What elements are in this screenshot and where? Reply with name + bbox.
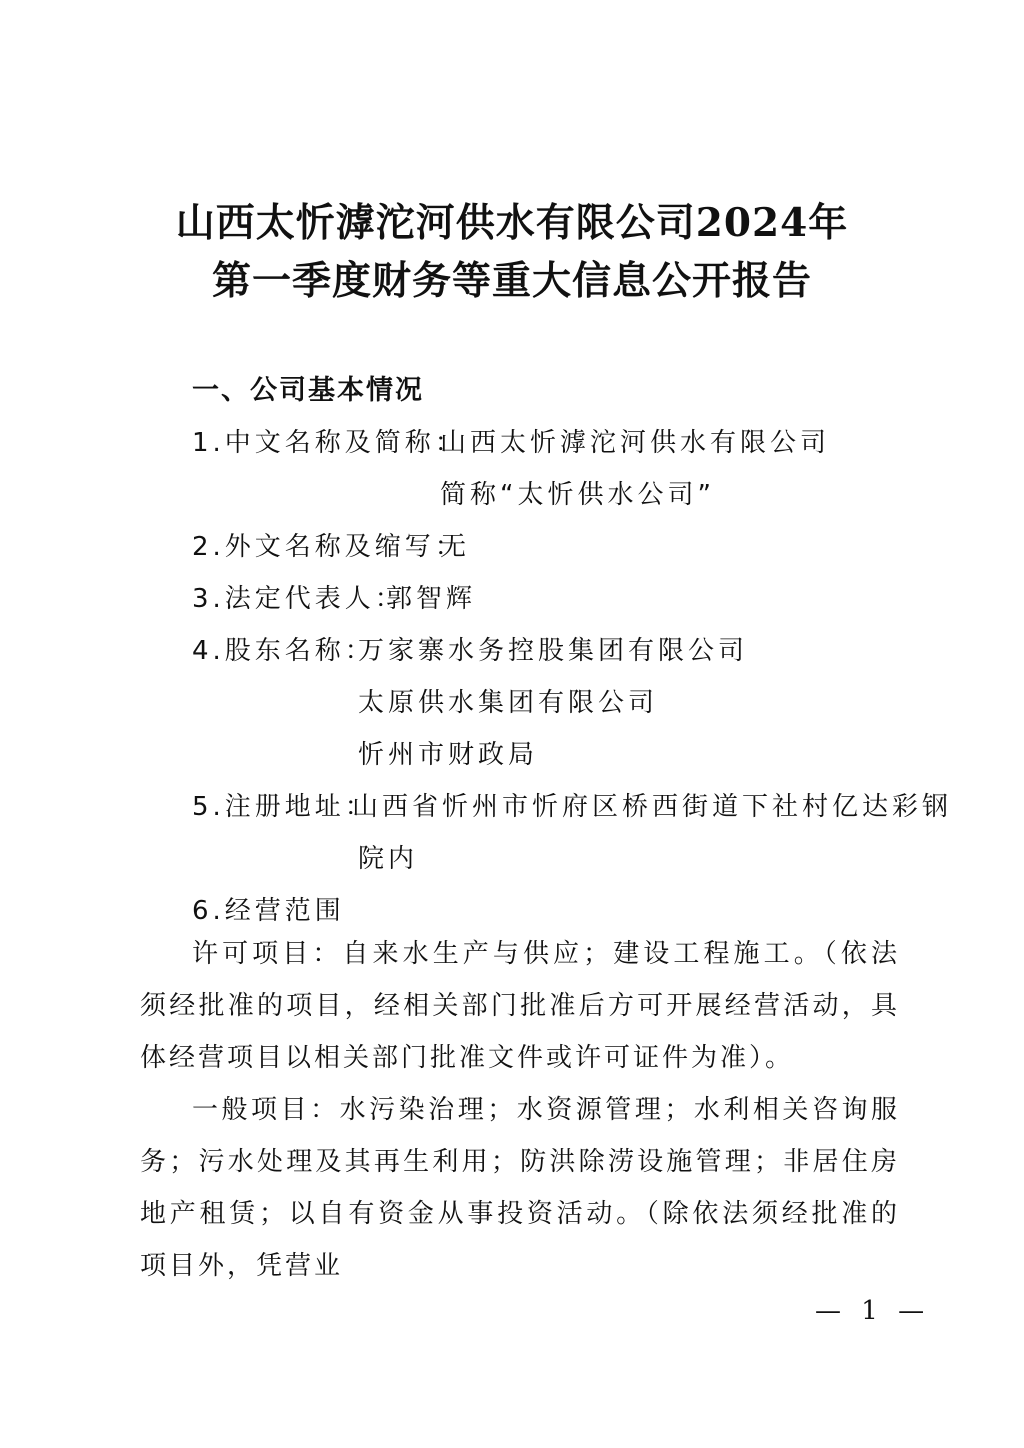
- document-title-line2: 第一季度财务等重大信息公开报告: [0, 250, 1024, 306]
- item-5-value-1: 山西省忻州市忻府区桥西街道下社村亿达彩钢: [352, 786, 952, 823]
- item-4-value-1: 万家寨水务控股集团有限公司: [358, 630, 748, 667]
- item-5-label: 5.注册地址：: [192, 786, 375, 823]
- scope-general-paragraph: 一般项目：水污染治理；水资源管理；水利相关咨询服务；污水处理及其再生利用；防洪除…: [140, 1084, 900, 1292]
- item-1-value-1: 山西太忻滹沱河供水有限公司: [440, 422, 830, 459]
- item-3-label: 3.法定代表人：: [192, 578, 405, 615]
- item-4-label: 4.股东名称：: [192, 630, 375, 667]
- document-title-line1: 山西太忻滹沱河供水有限公司2024年: [0, 192, 1024, 248]
- item-5-value-2: 院内: [358, 838, 418, 875]
- item-1-label: 1.中文名称及简称：: [192, 422, 465, 459]
- item-2-label: 2.外文名称及缩写：: [192, 526, 465, 563]
- section-heading: 一、公司基本情况: [192, 368, 424, 407]
- scope-licensed-paragraph: 许可项目：自来水生产与供应；建设工程施工。（依法须经批准的项目，经相关部门批准后…: [140, 928, 900, 1084]
- item-6-label: 6.经营范围: [192, 890, 345, 927]
- item-3-value: 郭智辉: [386, 578, 476, 615]
- item-4-value-3: 忻州市财政局: [358, 734, 538, 771]
- item-2-value: 无: [440, 526, 470, 563]
- item-1-value-2: 简称“太忻供水公司”: [440, 474, 715, 511]
- item-4-value-2: 太原供水集团有限公司: [358, 682, 658, 719]
- page-number: — 1 —: [815, 1296, 930, 1326]
